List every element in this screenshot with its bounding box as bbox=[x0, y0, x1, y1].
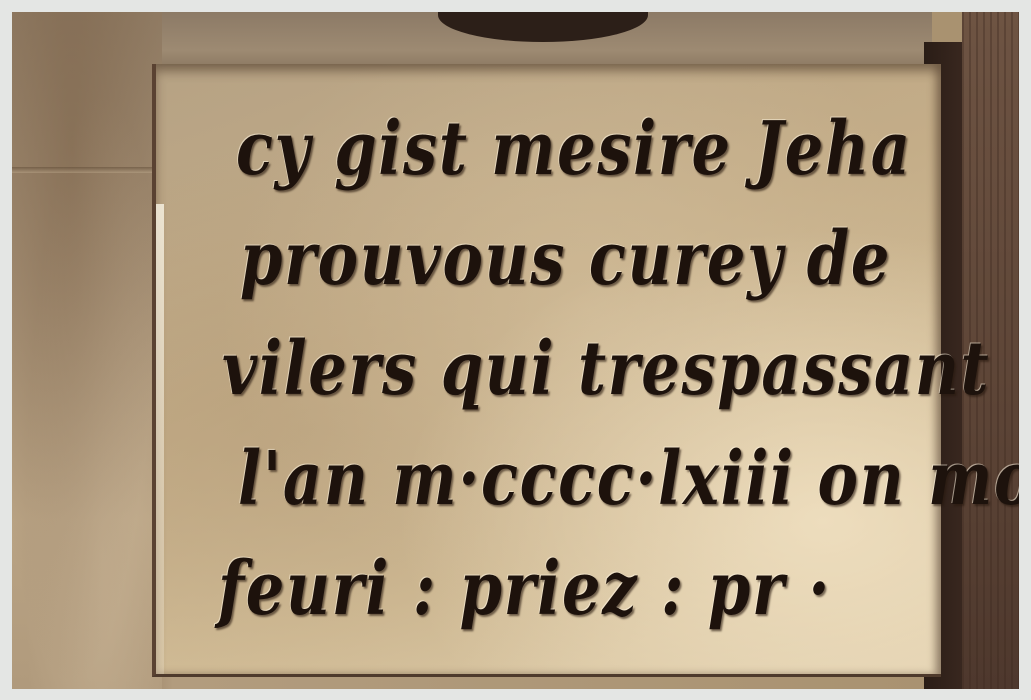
photograph: cy gist mesire Jeha prouvous curey de vi… bbox=[12, 12, 1019, 689]
left-wall-seam bbox=[12, 167, 162, 173]
inscription-line-3: vilers qui trespassant bbox=[222, 314, 812, 424]
inscription-line-5: feuri : priez : pr · bbox=[218, 534, 808, 644]
inscription: cy gist mesire Jeha prouvous curey de vi… bbox=[216, 94, 936, 644]
left-wall-block bbox=[12, 12, 162, 689]
inscribed-stone-plaque: cy gist mesire Jeha prouvous curey de vi… bbox=[152, 64, 941, 677]
inscription-line-4: l'an m·cccc·lxiii on moys bbox=[238, 424, 828, 534]
inscription-line-1: cy gist mesire Jeha bbox=[236, 94, 826, 204]
plaque-edge-highlight bbox=[156, 204, 164, 674]
inscription-line-2: prouvous curey de bbox=[240, 204, 830, 314]
